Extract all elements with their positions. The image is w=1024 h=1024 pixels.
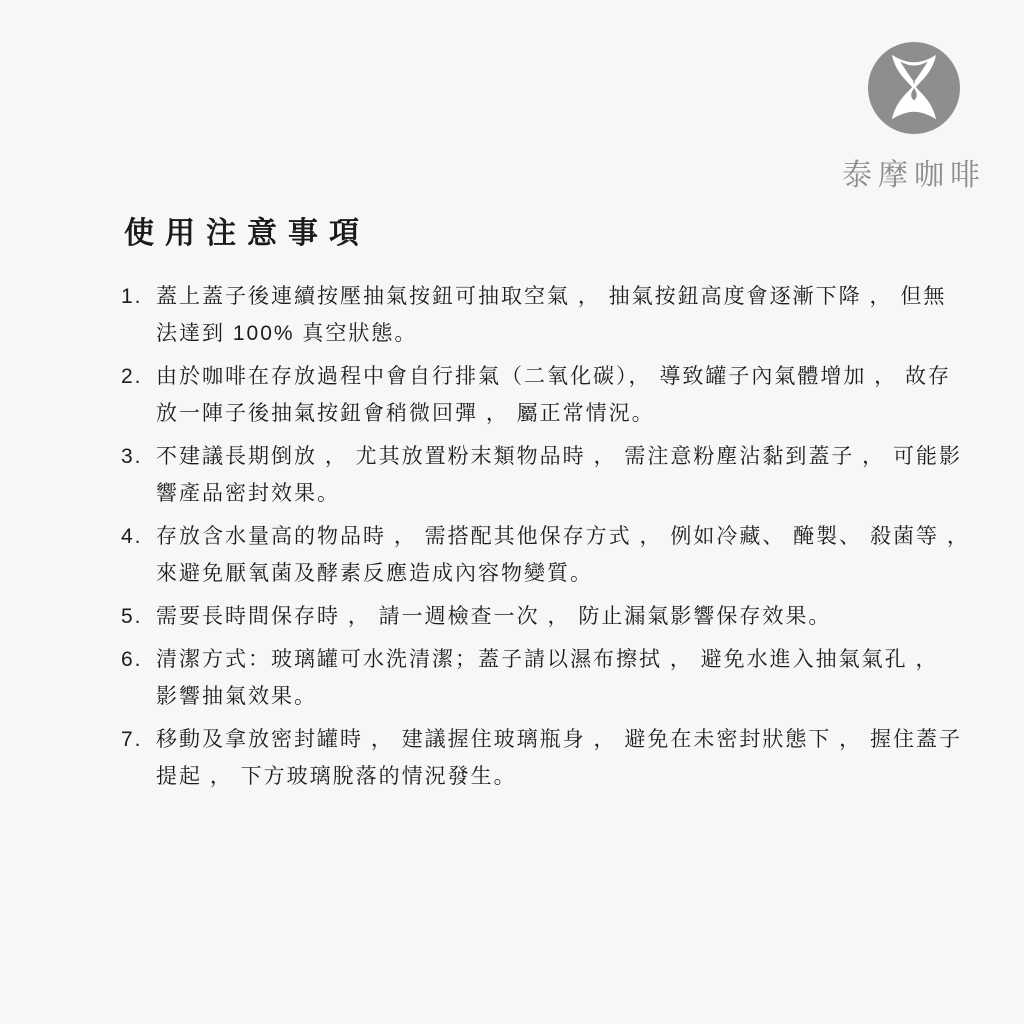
item-text: 存放含水量高的物品時 ， 需搭配其他保存方式 ， 例如冷藏、 醃製、 殺菌等 ，… [156,518,970,592]
list-item: 3. 不建議長期倒放 ， 尤其放置粉末類物品時 ， 需注意粉塵沾黏到蓋子 ， 可… [121,438,951,512]
item-text: 清潔方式：玻璃罐可水洗清潔；蓋子請以濕布擦拭 ， 避免水進入抽氣氣孔 ， 影響抽… [156,641,951,715]
item-text: 需要長時間保存時 ， 請一週檢查一次 ， 防止漏氣影響保存效果。 [156,598,951,635]
brand-logo-block: 泰摩咖啡 [839,42,989,194]
list-item: 4. 存放含水量高的物品時 ， 需搭配其他保存方式 ， 例如冷藏、 醃製、 殺菌… [121,518,951,592]
item-text: 由於咖啡在存放過程中會自行排氣（二氧化碳）， 導致罐子內氣體增加 ， 故存 放一… [156,358,951,432]
item-line: 響產品密封效果。 [156,475,962,512]
list-item: 7. 移動及拿放密封罐時 ， 建議握住玻璃瓶身 ， 避免在未密封狀態下 ， 握住… [121,721,951,795]
item-line: 不建議長期倒放 ， 尤其放置粉末類物品時 ， 需注意粉塵沾黏到蓋子 ， 可能影 [156,438,962,475]
item-number: 1. [121,278,156,315]
list-item: 6. 清潔方式：玻璃罐可水洗清潔；蓋子請以濕布擦拭 ， 避免水進入抽氣氣孔 ， … [121,641,951,715]
instruction-page: 泰摩咖啡 使用注意事項 1. 蓋上蓋子後連續按壓抽氣按鈕可抽取空氣 ， 抽氣按鈕… [0,0,1024,1024]
list-item: 5. 需要長時間保存時 ， 請一週檢查一次 ， 防止漏氣影響保存效果。 [121,598,951,635]
list-item: 1. 蓋上蓋子後連續按壓抽氣按鈕可抽取空氣 ， 抽氣按鈕高度會逐漸下降 ， 但無… [121,278,951,352]
item-number: 2. [121,358,156,395]
item-line: 影響抽氣效果。 [156,678,951,715]
item-line: 移動及拿放密封罐時 ， 建議握住玻璃瓶身 ， 避免在未密封狀態下 ， 握住蓋子 [156,721,962,758]
item-number: 5. [121,598,156,635]
item-line: 存放含水量高的物品時 ， 需搭配其他保存方式 ， 例如冷藏、 醃製、 殺菌等 ， [156,518,970,555]
item-number: 7. [121,721,156,758]
page-title: 使用注意事項 [124,208,370,252]
item-number: 6. [121,641,156,678]
item-line: 需要長時間保存時 ， 請一週檢查一次 ， 防止漏氣影響保存效果。 [156,598,951,635]
list-item: 2. 由於咖啡在存放過程中會自行排氣（二氧化碳）， 導致罐子內氣體增加 ， 故存… [121,358,951,432]
item-line: 提起 ， 下方玻璃脫落的情況發生。 [156,758,962,795]
item-line: 來避免厭氧菌及酵素反應造成內容物變質。 [156,555,970,592]
item-line: 法達到 100% 真空狀態。 [156,315,951,352]
item-line: 蓋上蓋子後連續按壓抽氣按鈕可抽取空氣 ， 抽氣按鈕高度會逐漸下降 ， 但無 [156,278,951,315]
brand-name: 泰摩咖啡 [839,150,989,194]
notes-list: 1. 蓋上蓋子後連續按壓抽氣按鈕可抽取空氣 ， 抽氣按鈕高度會逐漸下降 ， 但無… [121,278,951,801]
item-text: 蓋上蓋子後連續按壓抽氣按鈕可抽取空氣 ， 抽氣按鈕高度會逐漸下降 ， 但無 法達… [156,278,951,352]
item-text: 移動及拿放密封罐時 ， 建議握住玻璃瓶身 ， 避免在未密封狀態下 ， 握住蓋子 … [156,721,962,795]
item-text: 不建議長期倒放 ， 尤其放置粉末類物品時 ， 需注意粉塵沾黏到蓋子 ， 可能影 … [156,438,962,512]
hourglass-icon [868,42,960,134]
item-line: 清潔方式：玻璃罐可水洗清潔；蓋子請以濕布擦拭 ， 避免水進入抽氣氣孔 ， [156,641,951,678]
item-number: 4. [121,518,156,555]
item-number: 3. [121,438,156,475]
item-line: 由於咖啡在存放過程中會自行排氣（二氧化碳）， 導致罐子內氣體增加 ， 故存 [156,358,951,395]
item-line: 放一陣子後抽氣按鈕會稍微回彈 ， 屬正常情況。 [156,395,951,432]
